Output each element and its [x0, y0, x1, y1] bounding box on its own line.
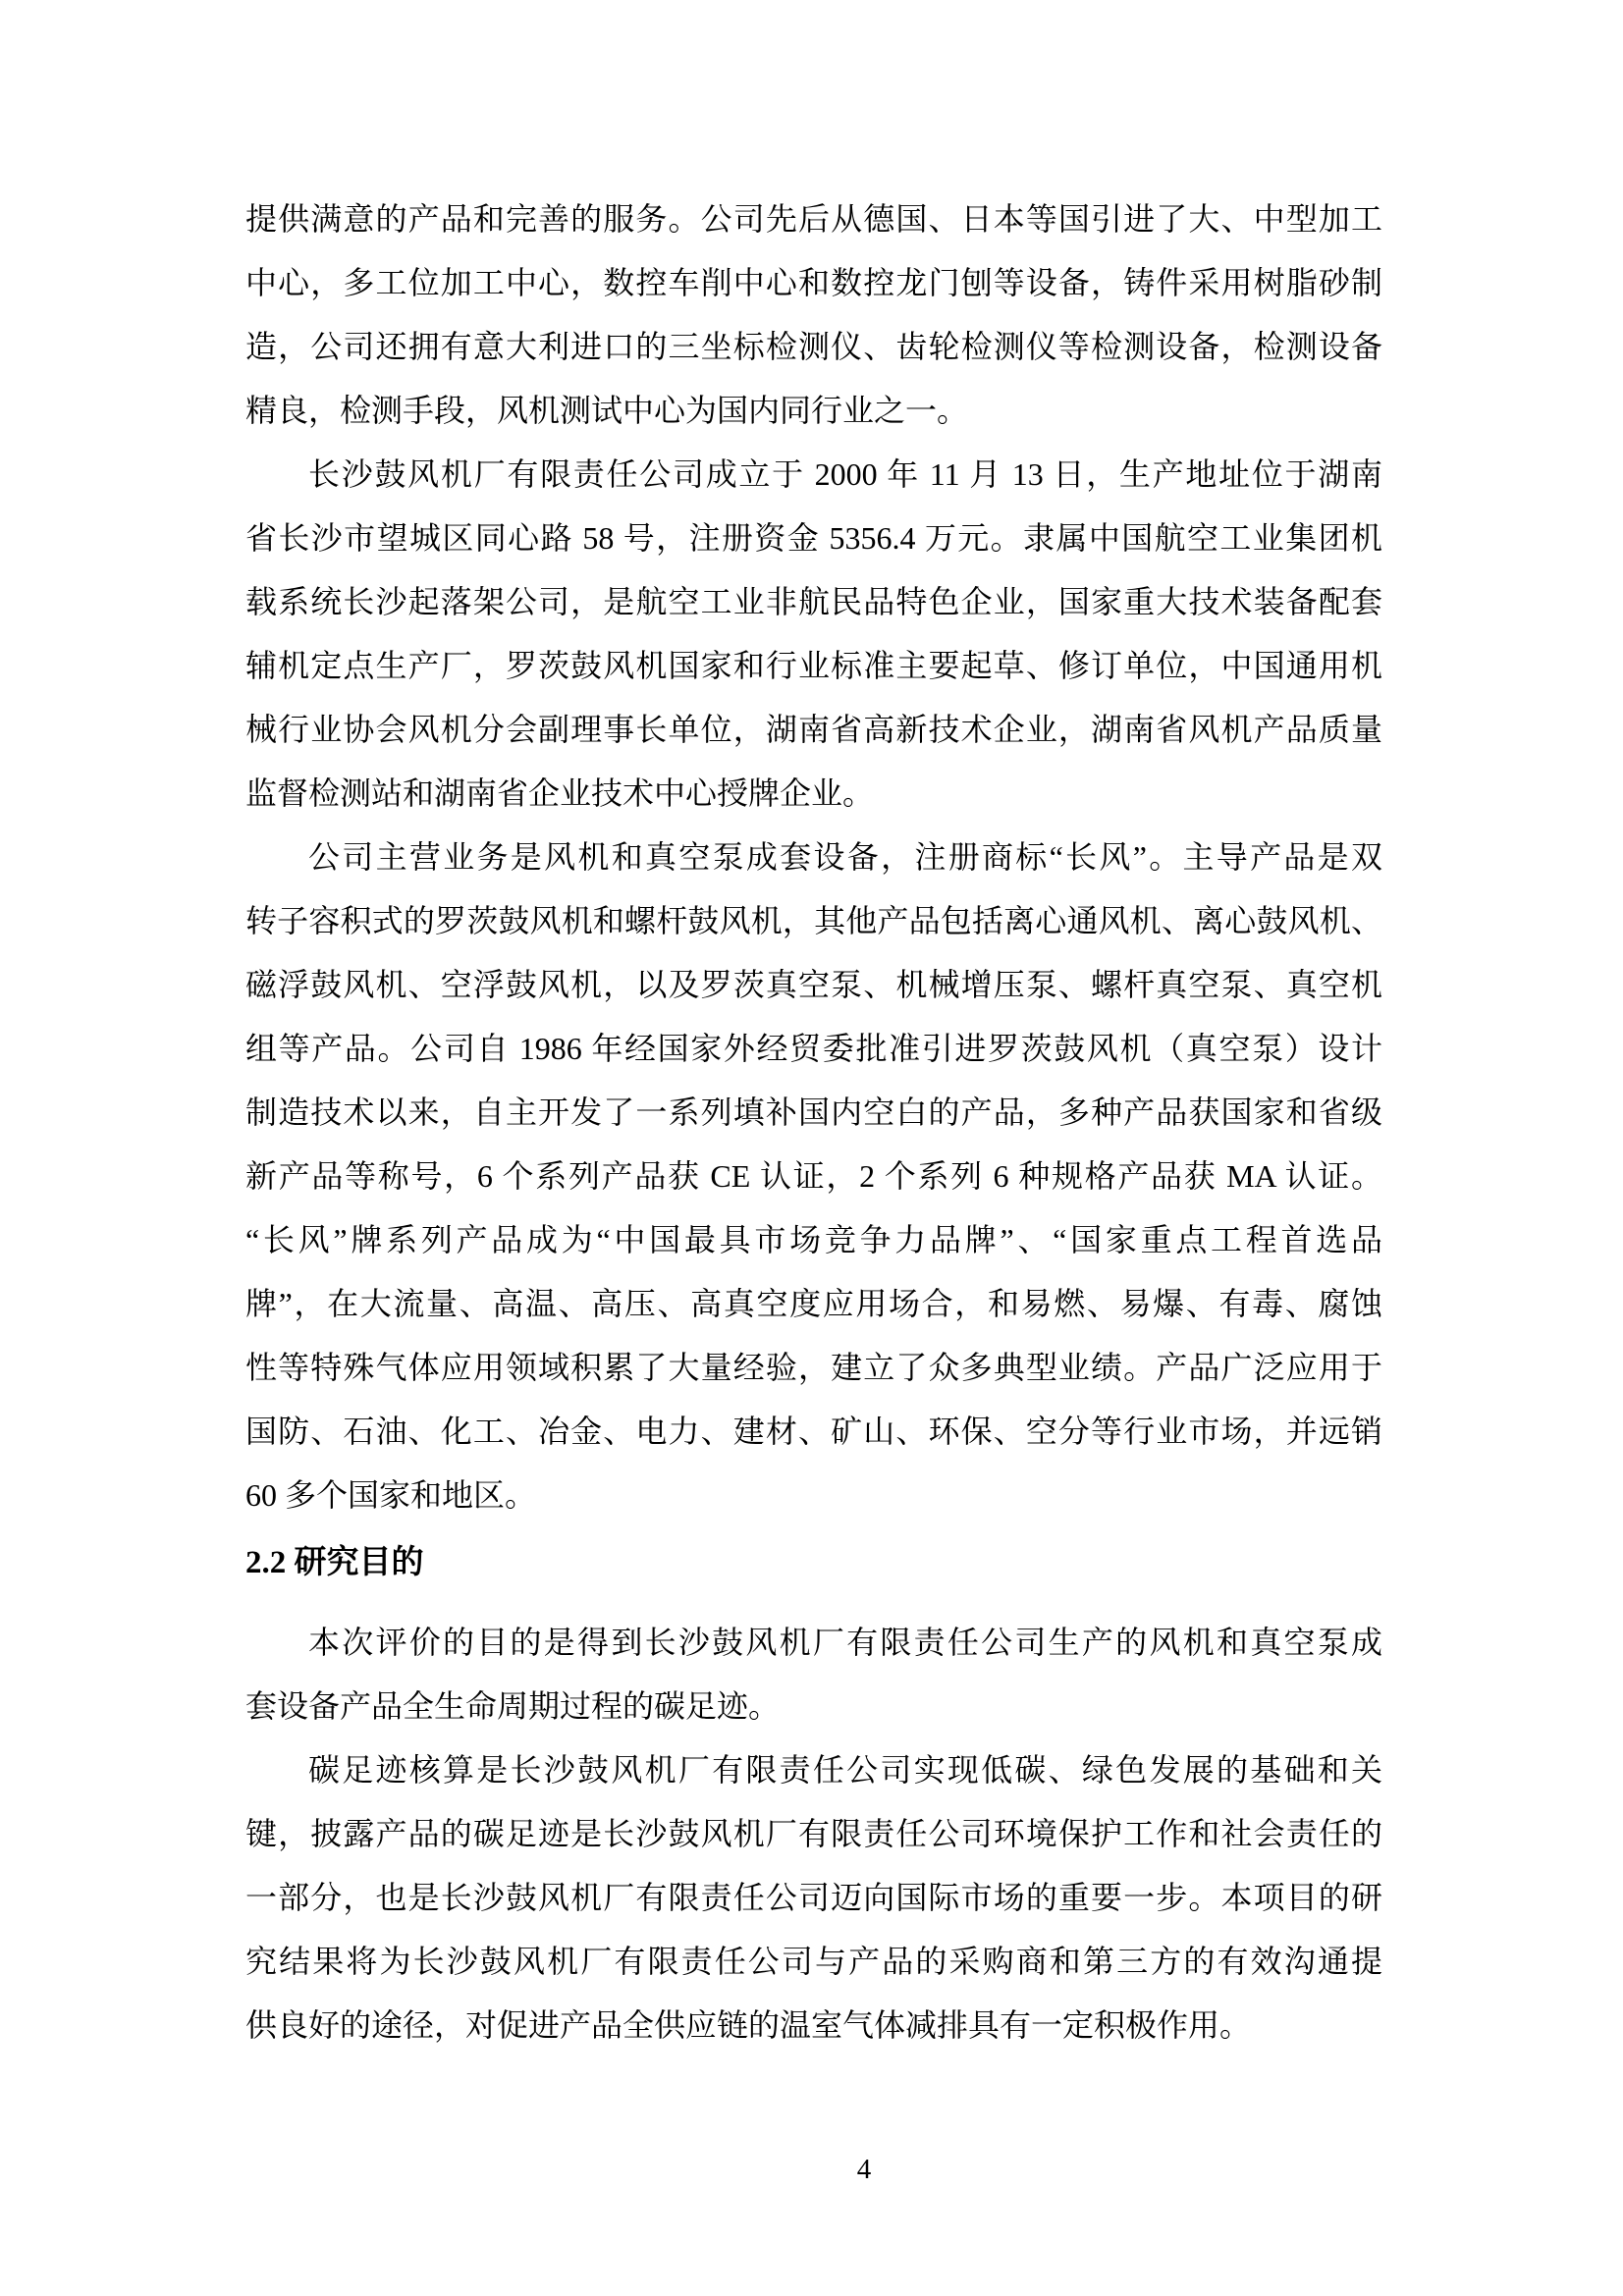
text-line: 中心，多工位加工中心，数控车削中心和数控龙门刨等设备，铸件采用树脂砂制	[245, 251, 1382, 315]
text-line: 省长沙市望城区同心路 58 号，注册资金 5356.4 万元。隶属中国航空工业集…	[245, 507, 1382, 570]
text-line: 磁浮鼓风机、空浮鼓风机，以及罗茨真空泵、机械增压泵、螺杆真空泵、真空机	[245, 953, 1382, 1017]
text-line: “长风”牌系列产品成为“中国最具市场竞争力品牌”、“国家重点工程首选品	[245, 1208, 1382, 1272]
text-line: 组等产品。公司自 1986 年经国家外经贸委批准引进罗茨鼓风机（真空泵）设计	[245, 1017, 1382, 1081]
paragraph-main-business: 公司主营业务是风机和真空泵成套设备，注册商标“长风”。主导产品是双转子容积式的罗…	[245, 826, 1382, 1527]
text-line: 长沙鼓风机厂有限责任公司成立于 2000 年 11 月 13 日，生产地址位于湖…	[245, 443, 1382, 507]
text-line: 键，披露产品的碳足迹是长沙鼓风机厂有限责任公司环境保护工作和社会责任的	[245, 1802, 1382, 1866]
text-line: 辅机定点生产厂，罗茨鼓风机国家和行业标准主要起草、修订单位，中国通用机	[245, 634, 1382, 698]
page-body: 提供满意的产品和完善的服务。公司先后从德国、日本等国引进了大、中型加工中心，多工…	[245, 187, 1382, 2057]
text-line: 究结果将为长沙鼓风机厂有限责任公司与产品的采购商和第三方的有效沟通提	[245, 1930, 1382, 1994]
text-line: 精良，检测手段，风机测试中心为国内同行业之一。	[245, 379, 1382, 443]
text-line: 性等特殊气体应用领域积累了大量经验，建立了众多典型业绩。产品广泛应用于	[245, 1336, 1382, 1400]
paragraph-carbon-footprint-significance: 碳足迹核算是长沙鼓风机厂有限责任公司实现低碳、绿色发展的基础和关键，披露产品的碳…	[245, 1738, 1382, 2057]
text-line: 60 多个国家和地区。	[245, 1464, 1382, 1527]
text-line: 供良好的途径，对促进产品全供应链的温室气体减排具有一定积极作用。	[245, 1994, 1382, 2057]
text-line: 国防、石油、化工、冶金、电力、建材、矿山、环保、空分等行业市场，并远销	[245, 1400, 1382, 1464]
text-line: 械行业协会风机分会副理事长单位，湖南省高新技术企业，湖南省风机产品质量	[245, 698, 1382, 762]
text-line: 新产品等称号，6 个系列产品获 CE 认证，2 个系列 6 种规格产品获 MA …	[245, 1145, 1382, 1208]
text-line: 转子容积式的罗茨鼓风机和螺杆鼓风机，其他产品包括离心通风机、离心鼓风机、	[245, 889, 1382, 953]
text-line: 制造技术以来，自主开发了一系列填补国内空白的产品，多种产品获国家和省级	[245, 1081, 1382, 1145]
text-line: 公司主营业务是风机和真空泵成套设备，注册商标“长风”。主导产品是双	[245, 826, 1382, 889]
paragraph-evaluation-purpose: 本次评价的目的是得到长沙鼓风机厂有限责任公司生产的风机和真空泵成套设备产品全生命…	[245, 1611, 1382, 1738]
text-line: 碳足迹核算是长沙鼓风机厂有限责任公司实现低碳、绿色发展的基础和关	[245, 1738, 1382, 1802]
text-line: 造，公司还拥有意大利进口的三坐标检测仪、齿轮检测仪等检测设备，检测设备	[245, 315, 1382, 379]
text-line: 一部分，也是长沙鼓风机厂有限责任公司迈向国际市场的重要一步。本项目的研	[245, 1866, 1382, 1930]
text-line: 本次评价的目的是得到长沙鼓风机厂有限责任公司生产的风机和真空泵成	[245, 1611, 1382, 1675]
paragraph-company-equipment: 提供满意的产品和完善的服务。公司先后从德国、日本等国引进了大、中型加工中心，多工…	[245, 187, 1382, 443]
paragraph-company-profile: 长沙鼓风机厂有限责任公司成立于 2000 年 11 月 13 日，生产地址位于湖…	[245, 443, 1382, 826]
document-page: 提供满意的产品和完善的服务。公司先后从德国、日本等国引进了大、中型加工中心，多工…	[0, 0, 1623, 2296]
section-heading-research-purpose: 2.2 研究目的	[245, 1531, 1382, 1595]
text-line: 载系统长沙起落架公司，是航空工业非航民品特色企业，国家重大技术装备配套	[245, 570, 1382, 634]
page-number: 4	[857, 2154, 872, 2185]
text-line: 监督检测站和湖南省企业技术中心授牌企业。	[245, 762, 1382, 826]
text-line: 套设备产品全生命周期过程的碳足迹。	[245, 1675, 1382, 1738]
page-footer: 4	[105, 2156, 1623, 2184]
text-line: 提供满意的产品和完善的服务。公司先后从德国、日本等国引进了大、中型加工	[245, 187, 1382, 251]
text-line: 牌”，在大流量、高温、高压、高真空度应用场合，和易燃、易爆、有毒、腐蚀	[245, 1272, 1382, 1336]
